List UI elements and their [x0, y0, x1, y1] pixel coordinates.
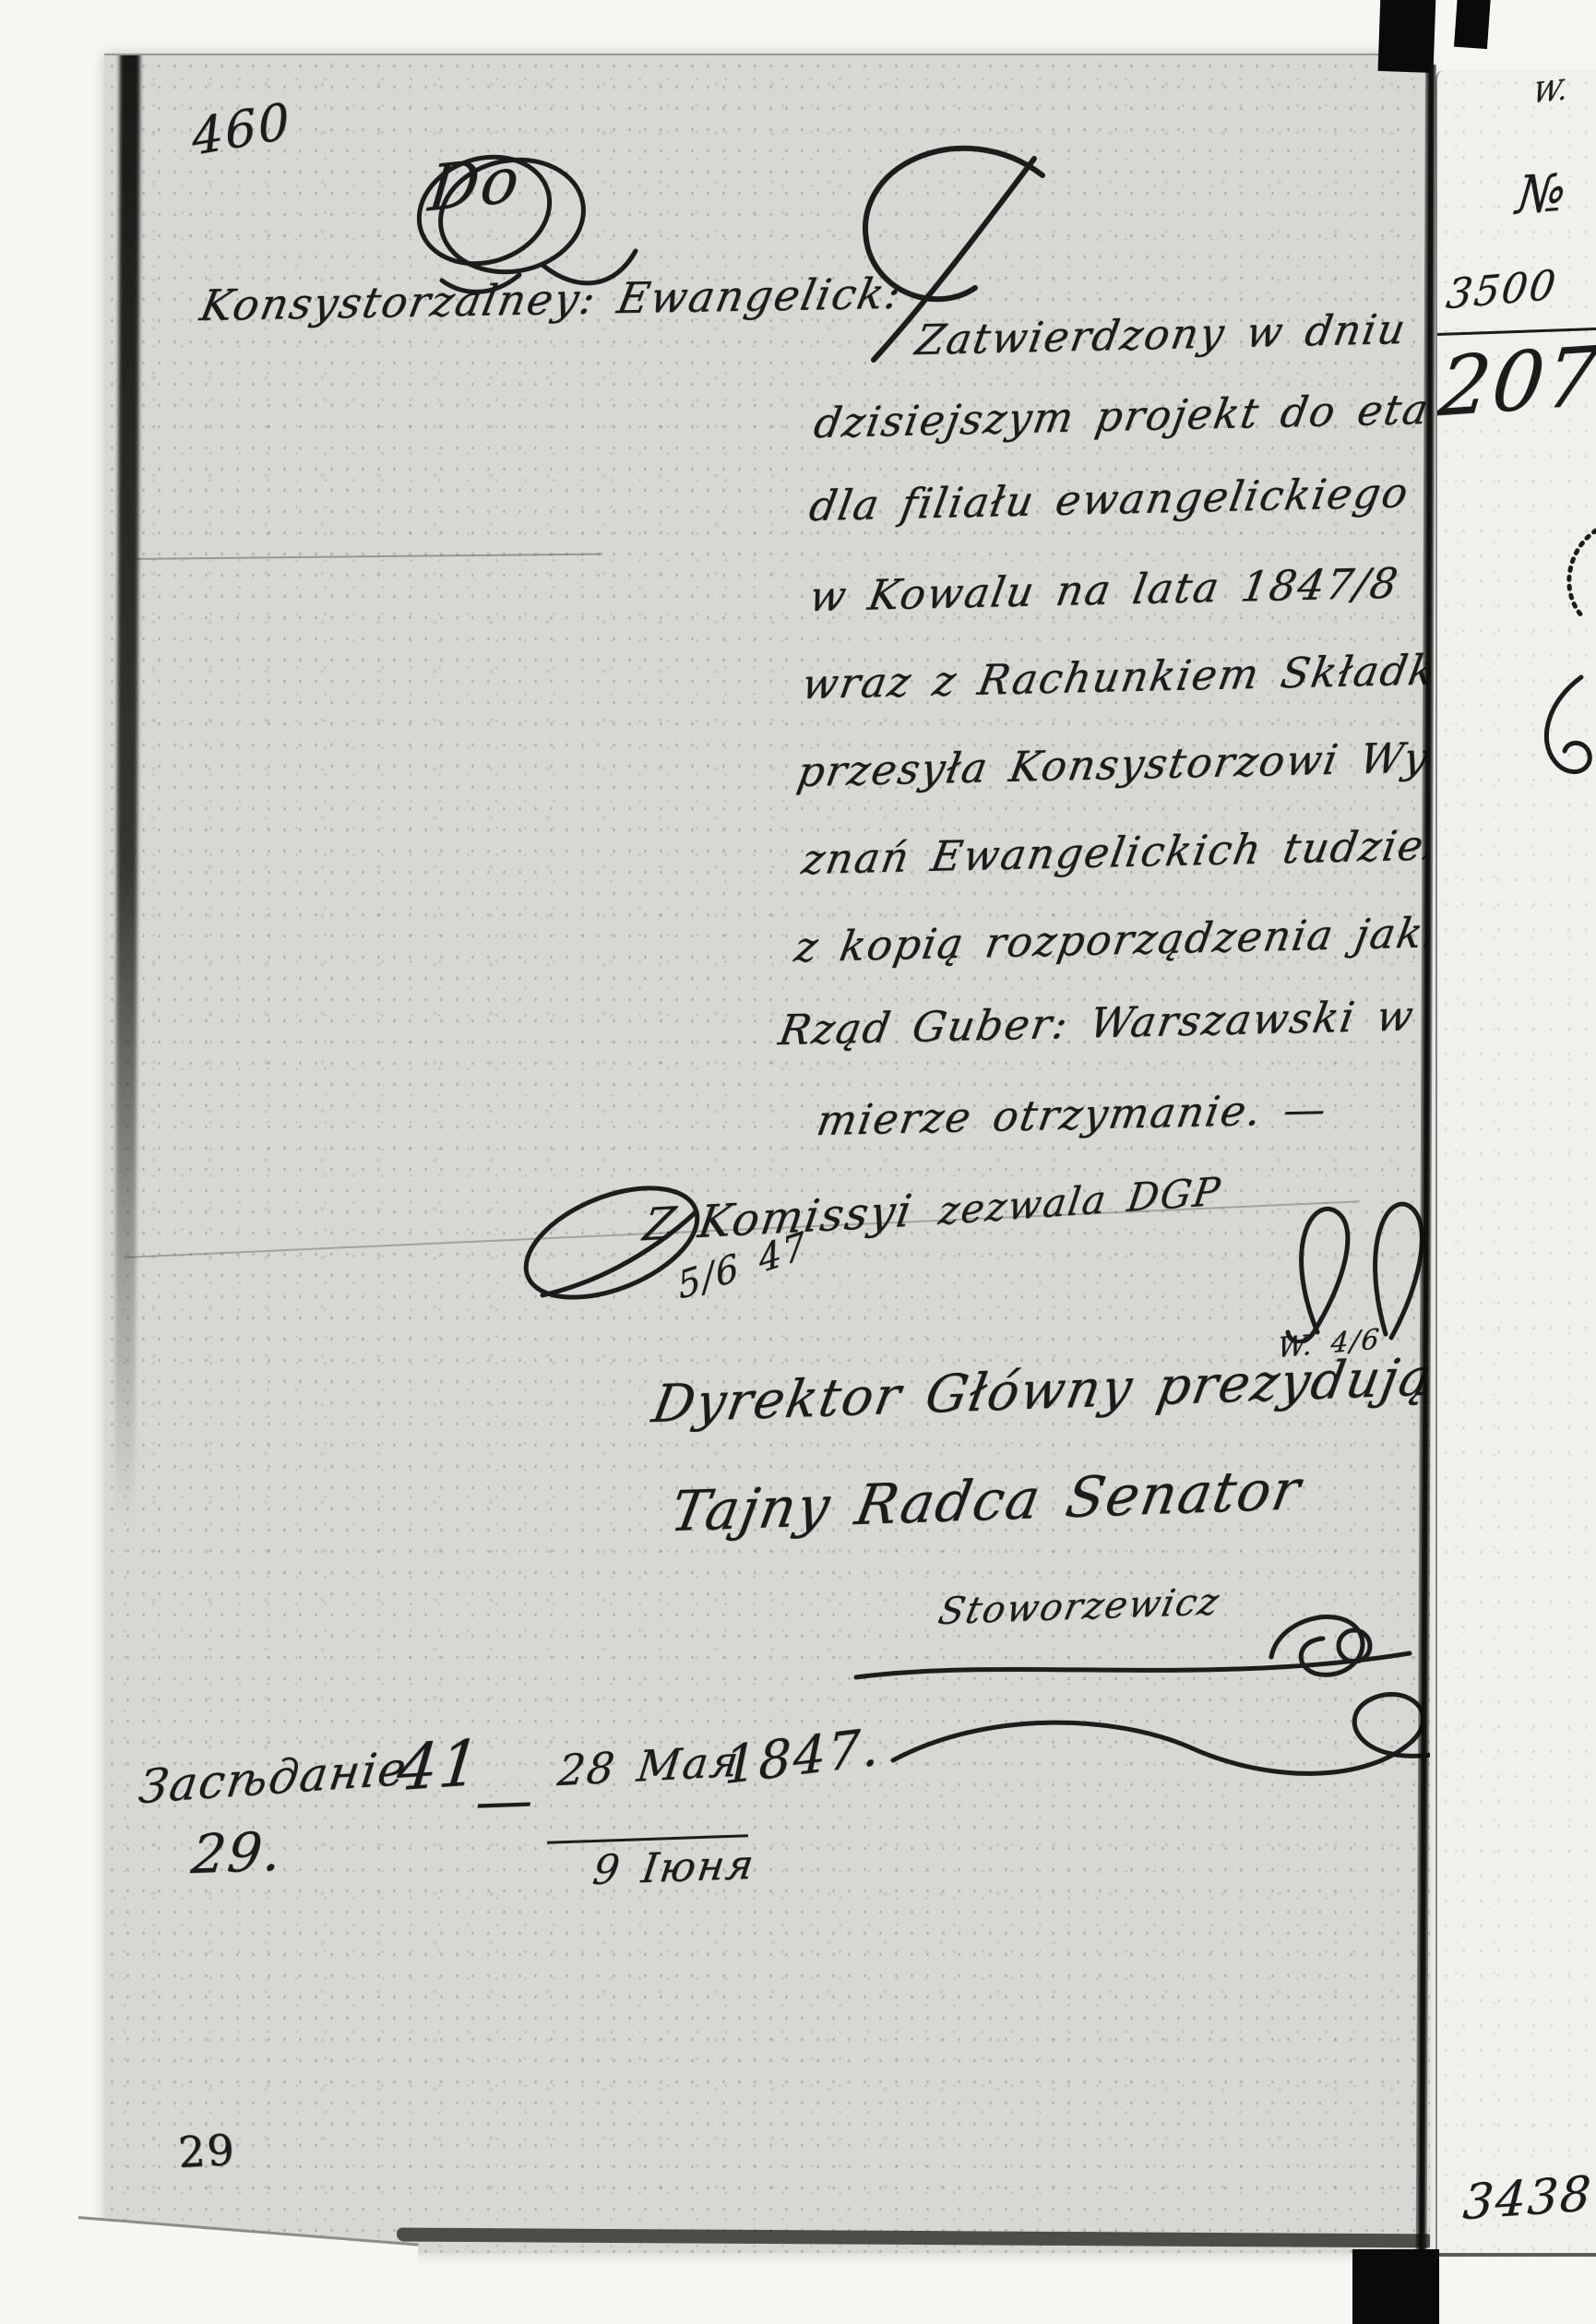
heading-addressee: Konsystorzalney: Ewangelick: — [197, 268, 907, 330]
body-line: Rząd Guber: Warszawski w tej — [775, 989, 1430, 1055]
date-julian: 28 Мая — [555, 1735, 744, 1795]
folio-number: 460 — [190, 91, 293, 167]
side-entry-large: 2073 — [1435, 324, 1596, 435]
body-line: znań Ewangelickich tudzież — [798, 820, 1430, 884]
film-black-block-bottom — [1352, 2249, 1439, 2324]
signature-title: Dyrektor Główny prezydujący — [648, 1345, 1430, 1435]
session-dash: — — [474, 1766, 536, 1835]
approval-note: zezwala DGP — [936, 1168, 1225, 1234]
side-top-label: W. — [1530, 74, 1571, 111]
session-docket-number: 29. — [188, 1819, 285, 1886]
gutter-shadow — [114, 54, 140, 1528]
body-line: z kopią rozporządzenia jakie — [791, 907, 1430, 971]
signature-rank: Tajny Radca Senator — [666, 1458, 1306, 1544]
body-line: Zatwierdzony w dniu — [911, 304, 1410, 364]
heading-salutation: Do — [425, 143, 524, 227]
side-entry-top: 3500 — [1444, 261, 1560, 318]
session-label: Засѣданіе — [136, 1741, 411, 1814]
body-line: dzisiejszym projekt do etatu — [810, 384, 1430, 448]
body-line: dla filiału ewangelickiego — [805, 468, 1412, 530]
circle-doodle — [1559, 526, 1596, 623]
spiral-doodle — [1528, 672, 1596, 796]
paper-crease — [123, 554, 602, 560]
body-line: wraz z Rachunkiem Składki — [798, 645, 1430, 709]
signature-flourish — [838, 1602, 1430, 1809]
side-entry-bottom: 3438 — [1461, 2166, 1594, 2231]
body-line: w Kowalu na lata 1847/8 — [805, 558, 1402, 621]
paraph-loops — [1262, 1186, 1430, 1343]
document-page: 460 Do Konsystorzalney: Ewangelick: Zatw… — [104, 54, 1430, 2253]
film-black-block-top — [1378, 0, 1436, 73]
body-line: przesyła Konsystorzowi Wy — [793, 733, 1430, 796]
film-black-block-top-small — [1454, 0, 1491, 49]
body-line: mierze otrzymanie. — — [813, 1084, 1331, 1145]
numero-sign: № — [1514, 162, 1571, 226]
side-page-bottom-edge — [1439, 2253, 1596, 2257]
archival-scan: 460 Do Konsystorzalney: Ewangelick: Zatw… — [0, 0, 1596, 2324]
corner-number: 29 — [177, 2125, 237, 2177]
session-number: 41 — [394, 1726, 485, 1806]
date-gregorian: 9 Іюня — [590, 1841, 757, 1894]
adjacent-page: W. № 3500 2073 3438 — [1435, 70, 1596, 2256]
